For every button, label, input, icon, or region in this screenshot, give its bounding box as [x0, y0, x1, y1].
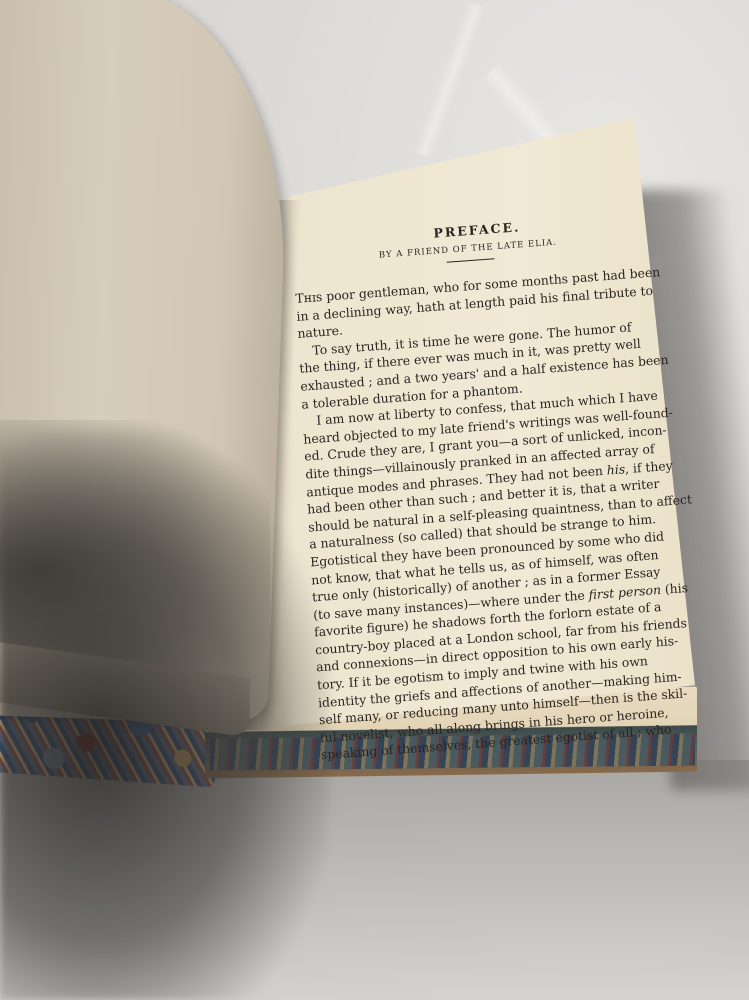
hand-shadow: [0, 430, 330, 1000]
photo-scene: PREFACE. BY A FRIEND OF THE LATE ELIA. T…: [0, 0, 749, 1000]
title-rule: [447, 258, 495, 263]
cloth-fold: [413, 1, 487, 158]
preface-text: PREFACE. BY A FRIEND OF THE LATE ELIA. T…: [292, 212, 651, 764]
